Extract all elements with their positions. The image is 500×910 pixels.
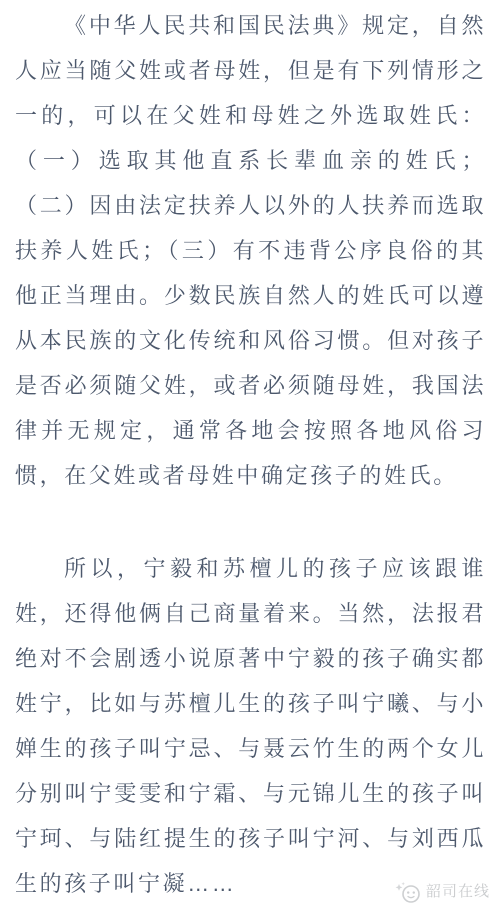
paragraph-novel-children: 所以，宁毅和苏檀儿的孩子应该跟谁 姓，还得他俩自己商量着来。当然，法报君 绝对不… [15,546,485,906]
text-line: （一）选取其他直系长辈血亲的姓氏； [15,138,485,183]
watermark-label: 韶司在线 [426,880,490,904]
text-line: 是否必须随父姓，或者必须随母姓，我国法 [15,363,485,408]
text-line: 扶养人姓氏；（三）有不违背公序良俗的其 [15,228,485,273]
text-line: 绝对不会剧透小说原著中宁毅的孩子确实都 [15,636,485,681]
text-line: 人应当随父姓或者母姓，但是有下列情形之 [15,48,485,93]
text-line: 所以，宁毅和苏檀儿的孩子应该跟谁 [15,546,485,591]
mascot-face-icon [395,880,421,904]
text-line: （二）因由法定扶养人以外的人扶养而选取 [15,183,485,228]
text-line: 从本民族的文化传统和风俗习惯。但对孩子 [15,318,485,363]
text-line: 婵生的孩子叫宁忌、与聂云竹生的两个女儿 [15,726,485,771]
text-line: 一的，可以在父姓和母姓之外选取姓氏： [15,93,485,138]
text-line: 惯，在父姓或者母姓中确定孩子的姓氏。 [15,453,485,498]
text-line: 姓，还得他俩自己商量着来。当然，法报君 [15,591,485,636]
watermark: 韶司在线 [395,880,490,904]
article-body: 《中华人民共和国民法典》规定，自然 人应当随父姓或者母姓，但是有下列情形之 一的… [15,3,485,906]
text-line: 《中华人民共和国民法典》规定，自然 [15,3,485,48]
paragraph-law-rules: 《中华人民共和国民法典》规定，自然 人应当随父姓或者母姓，但是有下列情形之 一的… [15,3,485,498]
text-line: 分别叫宁雯雯和宁霜、与元锦儿生的孩子叫 [15,771,485,816]
text-line: 宁珂、与陆红提生的孩子叫宁河、与刘西瓜 [15,816,485,861]
text-line: 他正当理由。少数民族自然人的姓氏可以遵 [15,273,485,318]
text-line: 姓宁，比如与苏檀儿生的孩子叫宁曦、与小 [15,681,485,726]
text-line: 律并无规定，通常各地会按照各地风俗习 [15,408,485,453]
